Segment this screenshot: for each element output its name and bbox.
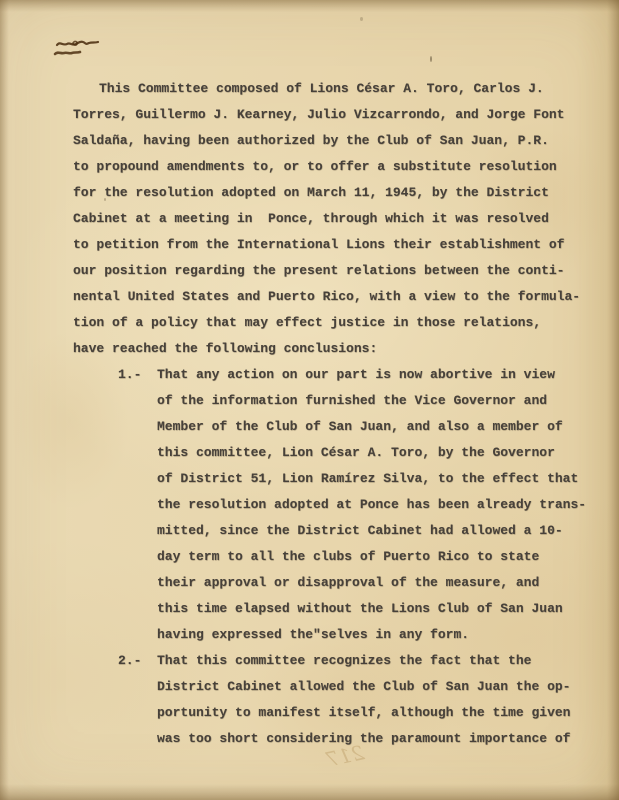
text-line: tion of a policy that may effect justice…: [73, 310, 598, 336]
text-line: the resolution adopted at Ponce has been…: [73, 492, 598, 518]
text-line: 1.-That any action on our part is now ab…: [73, 362, 598, 388]
document-page: This Committee composed of Lions César A…: [0, 0, 619, 800]
paper-edge-top: [0, 0, 619, 12]
list-item-number: 2.-: [73, 648, 157, 674]
handwritten-scribble-icon: [53, 36, 107, 69]
text-line: their approval or disapproval of the mea…: [73, 570, 598, 596]
text-line: Saldaña, having been authorized by the C…: [73, 128, 598, 154]
text-line: portunity to manifest itself, although t…: [73, 700, 598, 726]
text-line: this time elapsed without the Lions Club…: [73, 596, 598, 622]
text-line: to petition from the International Lions…: [73, 232, 598, 258]
ink-speck: [360, 17, 363, 21]
text-line: our position regarding the present relat…: [73, 258, 598, 284]
text-line: District Cabinet allowed the Club of San…: [73, 674, 598, 700]
text-line: to propound amendments to, or to offer a…: [73, 154, 598, 180]
text-line: Member of the Club of San Juan, and also…: [73, 414, 598, 440]
paper-edge-bottom: [0, 784, 619, 800]
text-line: Cabinet at a meeting in Ponce, through w…: [73, 206, 598, 232]
text-line: mitted, since the District Cabinet had a…: [73, 518, 598, 544]
text-line: of District 51, Lion Ramírez Silva, to t…: [73, 466, 598, 492]
text-line: nental United States and Puerto Rico, wi…: [73, 284, 598, 310]
typewritten-text: This Committee composed of Lions César A…: [73, 76, 598, 752]
text-line: 2.-That this committee recognizes the fa…: [73, 648, 598, 674]
text-line: of the information furnished the Vice Go…: [73, 388, 598, 414]
list-item-text: That any action on our part is now abort…: [157, 362, 555, 388]
text-line: Torres, Guillermo J. Kearney, Julio Vizc…: [73, 102, 598, 128]
text-line: day term to all the clubs of Puerto Rico…: [73, 544, 598, 570]
paper-edge-left: [0, 0, 9, 800]
paper-edge-right: [607, 0, 619, 800]
text-line: have reached the following conclusions:: [73, 336, 598, 362]
text-line: This Committee composed of Lions César A…: [73, 76, 598, 102]
text-line: for the resolution adopted on March 11, …: [73, 180, 598, 206]
list-item-text: That this committee recognizes the fact …: [157, 648, 531, 674]
ink-speck: [430, 56, 432, 62]
text-line: having expressed the"selves in any form.: [73, 622, 598, 648]
text-line: this committee, Lion César A. Toro, by t…: [73, 440, 598, 466]
list-item-number: 1.-: [73, 362, 157, 388]
